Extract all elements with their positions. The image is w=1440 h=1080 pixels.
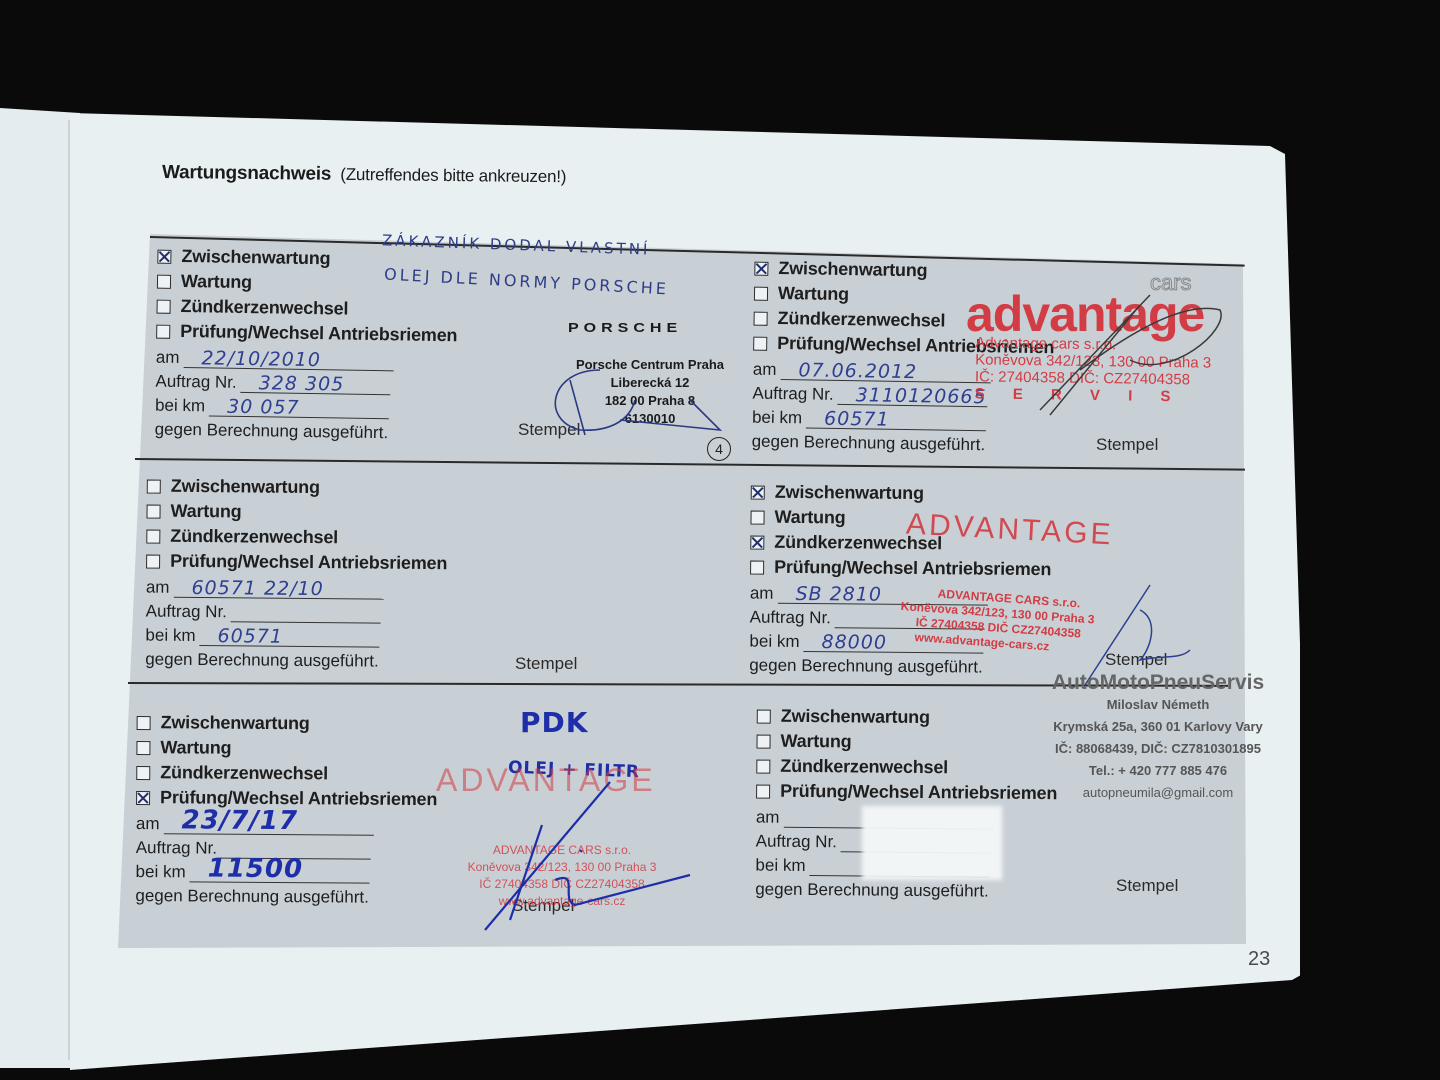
checkbox-label: Wartung — [780, 731, 851, 753]
stamp-line: Krymská 25a, 360 01 Karlovy Vary — [1028, 716, 1288, 738]
circled-number: 4 — [707, 437, 731, 461]
stamp-line: IČ: 88068439, DIČ: CZ7810301895 — [1028, 738, 1288, 760]
field-label: Auftrag Nr. — [756, 832, 837, 853]
signature-advantage-3 — [480, 780, 710, 940]
checkbox[interactable] — [147, 479, 161, 493]
checkbox-label: Prüfung/Wechsel Antriebsriemen — [774, 557, 1051, 580]
checkbox-label: Zwischenwartung — [775, 482, 924, 504]
checkbox-label: Zwischenwartung — [181, 246, 330, 269]
field-km: bei km — [755, 852, 1315, 881]
signature-porsche — [540, 360, 740, 440]
field-label: bei km — [145, 626, 195, 646]
checkbox-label: Zwischenwartung — [161, 712, 310, 734]
field-label: bei km — [136, 862, 186, 882]
gegen-berechnung-label: gegen Berechnung ausgeführt. — [755, 880, 1315, 909]
checkbox[interactable] — [754, 286, 768, 300]
checkbox[interactable] — [753, 336, 767, 350]
stamp-line: Miloslav Németh — [1028, 694, 1288, 716]
checkbox-row[interactable]: Zwischenwartung — [137, 710, 697, 739]
field-label: am — [750, 584, 774, 604]
field-line[interactable]: 60571 22/10 — [173, 580, 383, 600]
field-label: Auftrag Nr. — [752, 384, 834, 405]
checkbox-label: Wartung — [160, 737, 231, 758]
field-line[interactable]: 328 305 — [241, 375, 391, 395]
field-label: bei km — [752, 408, 802, 429]
handwritten-auftrag: 328 305 — [259, 372, 345, 395]
stempel-label: Stempel — [1096, 435, 1158, 455]
field-line[interactable]: 23/7/17 — [163, 816, 373, 835]
handwritten-am: 07.06.2012 — [798, 359, 917, 383]
handwritten-am: 60571 22/10 — [191, 577, 323, 600]
title-note: (Zutreffendes bitte ankreuzen!) — [340, 165, 566, 186]
checkbox-label: Zündkerzenwechsel — [180, 296, 348, 320]
checkbox-label: Zündkerzenwechsel — [170, 526, 338, 548]
checkbox-label: Zündkerzenwechsel — [777, 308, 945, 332]
field-line[interactable]: 11500 — [190, 864, 370, 883]
stamp-line: Tel.: + 420 777 885 476 — [1028, 760, 1288, 782]
checkbox[interactable] — [157, 299, 171, 313]
field-line[interactable]: 60571 — [806, 410, 986, 431]
field-label: Auftrag Nr. — [750, 608, 831, 629]
entry-middle-right: ZwischenwartungWartungZündkerzenwechselP… — [749, 480, 1311, 685]
checkbox[interactable] — [157, 274, 171, 288]
checkbox-checked[interactable] — [751, 485, 765, 499]
book-spine — [68, 120, 70, 1060]
field-label: Auftrag Nr. — [146, 602, 227, 623]
handwritten-note-pdk: PDK — [520, 706, 588, 739]
field-label: Auftrag Nr. — [155, 372, 237, 393]
redacted-area — [862, 806, 1002, 880]
checkbox[interactable] — [137, 716, 151, 730]
handwritten-km: 60571 — [217, 625, 283, 648]
checkbox-label: Zündkerzenwechsel — [160, 762, 328, 784]
checkbox-label: Zwischenwartung — [171, 476, 320, 498]
checkbox-label: Wartung — [778, 283, 849, 305]
stempel-label: Stempel — [1116, 876, 1178, 896]
field-label: am — [756, 808, 780, 828]
checkbox[interactable] — [156, 324, 170, 338]
porsche-logo: PORSCHE — [568, 322, 682, 336]
handwritten-km: 60571 — [824, 408, 890, 431]
checkbox[interactable] — [146, 504, 160, 518]
checkbox[interactable] — [146, 554, 160, 568]
checkbox-label: Zwischenwartung — [781, 706, 930, 728]
field-label: am — [136, 814, 160, 834]
field-line[interactable] — [231, 604, 381, 623]
checkbox[interactable] — [136, 766, 150, 780]
field-label: Auftrag Nr. — [136, 838, 217, 859]
handwritten-km: 30 057 — [227, 396, 300, 419]
field-label: bei km — [155, 396, 205, 417]
gegen-berechnung-label: gegen Berechnung ausgeführt. — [145, 650, 705, 679]
checkbox[interactable] — [754, 311, 768, 325]
checkbox-checked[interactable] — [136, 791, 150, 805]
checkbox[interactable] — [750, 560, 764, 574]
field-label: bei km — [755, 856, 805, 876]
page-number: 23 — [1248, 948, 1270, 971]
stempel-label: Stempel — [515, 654, 577, 674]
checkbox[interactable] — [756, 784, 770, 798]
checkbox[interactable] — [757, 709, 771, 723]
title-bold: Wartungsnachweis — [162, 162, 331, 185]
signature-advantage-1 — [1020, 290, 1240, 430]
checkbox-checked[interactable] — [754, 261, 768, 275]
checkbox-label: Wartung — [774, 507, 845, 529]
handwritten-am: SB 2810 — [795, 583, 882, 606]
entry-middle-left: ZwischenwartungWartungZündkerzenwechselP… — [145, 474, 707, 679]
field-label: am — [753, 360, 777, 380]
advantage-stamp: ADVANTAGE CARS s.r.o. Koněvova 342/123, … — [934, 587, 1096, 658]
checkbox[interactable] — [136, 741, 150, 755]
field-line[interactable]: 60571 — [199, 628, 379, 648]
handwritten-km: 11500 — [208, 854, 304, 885]
page-title: Wartungsnachweis (Zutreffendes bitte ank… — [162, 162, 567, 188]
checkbox-label: Prüfung/Wechsel Antriebsriemen — [170, 551, 447, 574]
handwritten-am: 23/7/17 — [181, 805, 298, 836]
checkbox[interactable] — [756, 734, 770, 748]
automotopneu-stamp: AutoMotoPneuServis Miloslav Németh Kryms… — [1028, 672, 1288, 804]
checkbox[interactable] — [146, 529, 160, 543]
checkbox-label: Prüfung/Wechsel Antriebsriemen — [780, 781, 1057, 804]
checkbox-checked[interactable] — [157, 249, 171, 263]
checkbox-row[interactable]: Wartung — [136, 735, 696, 764]
stamp-logo: AutoMotoPneuServis — [1028, 672, 1288, 694]
field-label: bei km — [749, 632, 799, 652]
field-label: am — [146, 578, 170, 598]
stamp-line: autopneumila@gmail.com — [1028, 782, 1288, 804]
handwritten-km: 88000 — [821, 631, 887, 654]
checkbox[interactable] — [750, 510, 764, 524]
checkbox-label: Wartung — [170, 501, 241, 523]
field-label: am — [156, 348, 180, 368]
field-line[interactable]: 30 057 — [209, 398, 389, 419]
checkbox-label: Wartung — [181, 271, 252, 293]
field-km: bei km60571 — [145, 622, 705, 651]
checkbox-label: Prüfung/Wechsel Antriebsriemen — [180, 321, 457, 346]
checkbox-label: Zwischenwartung — [778, 258, 927, 281]
checkbox[interactable] — [756, 759, 770, 773]
checkbox-checked[interactable] — [750, 535, 764, 549]
checkbox-label: Zündkerzenwechsel — [780, 756, 948, 778]
field-line[interactable]: 3110120665 — [838, 387, 988, 407]
